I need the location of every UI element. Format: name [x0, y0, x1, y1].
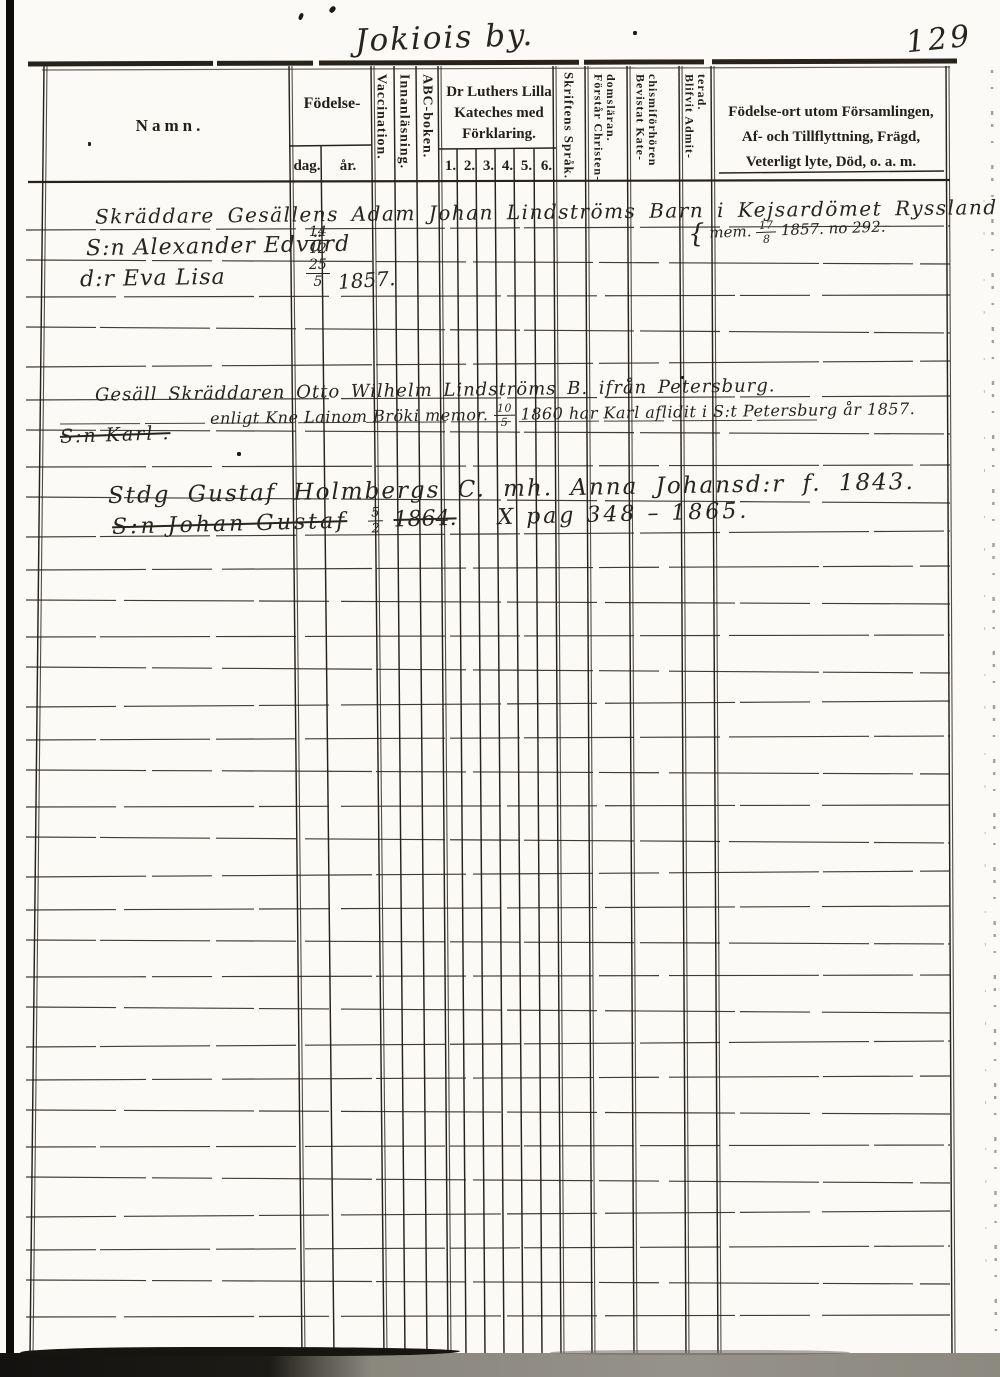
note-brace: {	[688, 219, 706, 250]
kateches-subcol-6: 6.	[537, 158, 556, 175]
column-header-bevistat-katechismiforhoren: Bevistat Kate- chismiförhören	[634, 74, 659, 184]
child-name: d:r Eva Lisa	[80, 265, 226, 293]
column-header-blifvit-admitterad: Blifvit Admit- terad.	[683, 74, 708, 184]
struck-child-name: S:n Johan Gustaf	[112, 509, 348, 540]
birth-day-fraction: 5 2	[368, 506, 383, 535]
column-header-kateches: Dr Luthers Lilla Kateches med Förklaring…	[443, 82, 555, 145]
column-header-dag: dag.	[291, 158, 323, 175]
remarks-line1: Födelse-ort utom Församlingen,	[728, 104, 933, 120]
fraction-numerator: 10	[494, 403, 515, 416]
column-header-fodelse: Födelse-	[291, 95, 373, 113]
birth-day-fraction: 25 5	[306, 258, 330, 289]
column-header-ar: år.	[325, 158, 371, 175]
scanned-ledger-page: Jokiois by. 129 Namn. Födelse- dag. år. …	[0, 0, 1000, 1377]
note-prefix: mem.	[709, 222, 752, 241]
kateches-line1: Dr Luthers Lilla	[446, 84, 552, 100]
kateches-subcol-3: 3.	[479, 158, 498, 175]
note-date-fraction: 17 8	[756, 219, 777, 245]
kateches-subcol-1: 1.	[441, 158, 460, 175]
ink-speck	[88, 142, 91, 146]
handwritten-village-title: Jokiois by.	[354, 17, 534, 59]
bevistat-line2: chismiförhören	[646, 74, 660, 166]
fraction-numerator: 5	[368, 506, 383, 521]
column-header-vaccination: Vaccination.	[373, 74, 388, 180]
kateches-subcol-5: 5.	[517, 158, 536, 175]
fraction-numerator: 17	[756, 219, 776, 233]
blifvit-line2: terad.	[695, 74, 709, 110]
kateches-line3: Förklaring.	[462, 126, 536, 142]
remarks-line3: Veterligt lyte, Död, o. a. m.	[746, 154, 916, 170]
column-header-remarks: Födelse-ort utom Församlingen, Af- och T…	[722, 100, 940, 174]
kateches-subcol-2: 2.	[460, 158, 479, 175]
struck-birth-year: 1864.	[393, 506, 457, 533]
fraction-numerator: 14	[306, 225, 330, 241]
column-header-innanlasning: Innanläsning.	[396, 74, 411, 180]
column-header-abc-boken: ABC-boken.	[419, 74, 434, 180]
remarks-line2: Af- och Tillflyttning, Frägd,	[742, 129, 920, 145]
fraction-denominator: 5	[313, 274, 322, 289]
subnote-prefix: enligt Kne Lainom Bröki memor.	[210, 405, 489, 428]
page-reference-annotation: X pag 348 – 1865.	[497, 498, 749, 530]
page-number: 129	[904, 19, 974, 61]
column-header-forstar-christendomslaran: Förstår Christen- domsläran.	[592, 74, 617, 184]
forstar-line2: domsläran.	[604, 74, 618, 142]
subnote-date-fraction: 10 5	[494, 403, 515, 428]
fraction-denominator: 5	[501, 416, 509, 428]
birth-day-fraction: 14 12	[306, 225, 330, 256]
column-header-skriftens-sprak: Skriftens Språk.	[562, 72, 576, 184]
scan-bottom-noise-band	[0, 1353, 1000, 1377]
struck-child-name: S:n Karl .	[60, 422, 171, 448]
subnote-suffix: 1860 har Karl aflidit i S:t Petersburg å…	[520, 399, 915, 424]
birth-year: 1857.	[337, 266, 396, 294]
fraction-numerator: 25	[306, 258, 330, 274]
kateches-subcol-4: 4.	[498, 158, 517, 175]
column-header-namn: Namn.	[60, 116, 280, 136]
ink-speck	[237, 452, 241, 456]
fraction-denominator: 8	[763, 232, 770, 244]
ink-speck	[633, 31, 637, 35]
page-binding-edge	[6, 0, 14, 1377]
kateches-line2: Kateches med	[454, 105, 544, 121]
fraction-denominator: 12	[309, 241, 327, 256]
note-suffix: 1857. no 292.	[781, 218, 886, 240]
fraction-denominator: 2	[371, 521, 380, 535]
